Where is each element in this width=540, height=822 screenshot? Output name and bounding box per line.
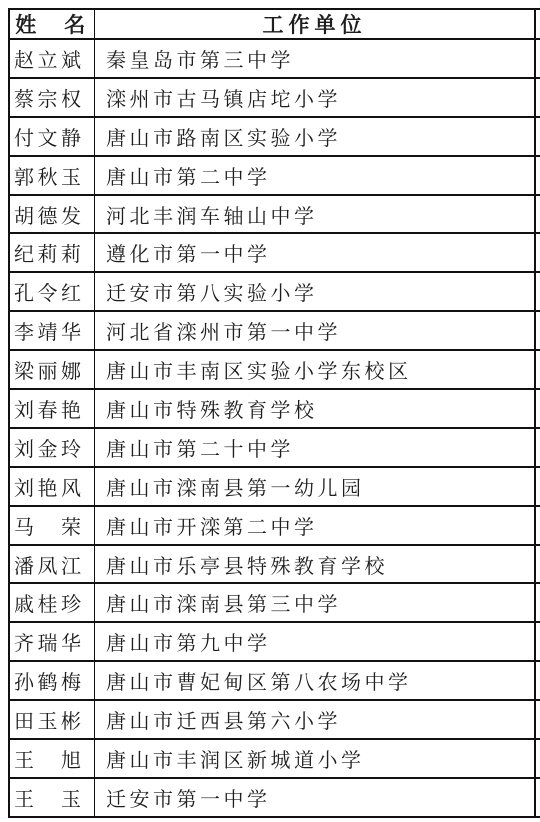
table-row: 田玉彬 唐山市迁西县第六小学 — [8, 701, 540, 740]
table-edge-stub — [536, 546, 540, 583]
table-row: 郭秋玉 唐山市第二中学 — [8, 157, 540, 196]
person-name: 赵立斌 — [14, 44, 85, 73]
person-name: 孔令红 — [14, 277, 85, 306]
name-cell: 刘金玲 — [8, 429, 95, 466]
work-unit: 唐山市路南区实验小学 — [106, 122, 341, 151]
table-edge-stub — [536, 118, 540, 155]
table-edge-stub — [536, 390, 540, 427]
work-unit: 迁安市第八实验小学 — [106, 277, 318, 306]
table-edge-stub — [536, 312, 540, 349]
work-unit: 遵化市第一中学 — [106, 238, 271, 267]
unit-cell: 唐山市第二十中学 — [95, 429, 536, 466]
work-unit: 唐山市乐亭县特殊教育学校 — [106, 550, 388, 579]
table-row: 赵立斌 秦皇岛市第三中学 — [8, 40, 540, 79]
table-header-row: 姓 名 工作单位 — [8, 8, 540, 40]
table-edge-stub — [536, 40, 540, 77]
work-unit: 唐山市特殊教育学校 — [106, 394, 318, 423]
work-unit: 滦州市古马镇店坨小学 — [106, 83, 341, 112]
person-name: 刘春艳 — [14, 394, 85, 423]
name-cell: 付文静 — [8, 118, 95, 155]
name-cell: 齐瑞华 — [8, 623, 95, 660]
table-edge-stub — [536, 701, 540, 738]
work-unit: 唐山市第九中学 — [106, 627, 271, 656]
table-edge-stub — [536, 740, 540, 777]
unit-cell: 唐山市滦南县第三中学 — [95, 584, 536, 621]
table-row: 蔡宗权 滦州市古马镇店坨小学 — [8, 79, 540, 118]
unit-cell: 唐山市迁西县第六小学 — [95, 701, 536, 738]
person-name: 付文静 — [14, 122, 85, 151]
unit-cell: 唐山市路南区实验小学 — [95, 118, 536, 155]
unit-cell: 迁安市第八实验小学 — [95, 273, 536, 310]
table-edge-stub — [536, 157, 540, 194]
table-edge-stub — [536, 273, 540, 310]
table-edge-stub — [536, 351, 540, 388]
table-row: 潘凤江 唐山市乐亭县特殊教育学校 — [8, 546, 540, 585]
work-unit: 秦皇岛市第三中学 — [106, 44, 294, 73]
person-name: 齐瑞华 — [14, 627, 85, 656]
name-cell: 戚桂珍 — [8, 584, 95, 621]
name-cell: 梁丽娜 — [8, 351, 95, 388]
name-cell: 蔡宗权 — [8, 79, 95, 116]
work-unit: 唐山市曹妃甸区第八农场中学 — [106, 666, 412, 695]
table-edge-stub — [536, 623, 540, 660]
unit-cell: 唐山市开滦第二中学 — [95, 507, 536, 544]
name-cell: 刘春艳 — [8, 390, 95, 427]
unit-cell: 唐山市乐亭县特殊教育学校 — [95, 546, 536, 583]
name-cell: 刘艳风 — [8, 468, 95, 505]
header-unit-cell: 工作单位 — [95, 10, 536, 38]
person-name: 梁丽娜 — [14, 355, 85, 384]
table-row: 李靖华 河北省滦州市第一中学 — [8, 312, 540, 351]
work-unit: 唐山市丰润区新城道小学 — [106, 744, 365, 773]
name-cell: 马 荣 — [8, 507, 95, 544]
table-row: 齐瑞华 唐山市第九中学 — [8, 623, 540, 662]
unit-cell: 秦皇岛市第三中学 — [95, 40, 536, 77]
table-row: 王 旭 唐山市丰润区新城道小学 — [8, 740, 540, 779]
table-edge-stub — [536, 584, 540, 621]
unit-cell: 滦州市古马镇店坨小学 — [95, 79, 536, 116]
person-name: 蔡宗权 — [14, 83, 85, 112]
person-name: 马 荣 — [14, 511, 85, 540]
table-edge-stub — [536, 662, 540, 699]
document-page: 姓 名 工作单位 赵立斌 秦皇岛市第三中学 蔡宗权 滦州市古马镇店坨小学 付文静 — [0, 0, 540, 822]
table-row: 孔令红 迁安市第八实验小学 — [8, 273, 540, 312]
work-unit: 河北丰润车轴山中学 — [106, 200, 318, 229]
table-row: 胡德发 河北丰润车轴山中学 — [8, 196, 540, 235]
work-unit: 唐山市丰南区实验小学东校区 — [106, 355, 412, 384]
table-row: 马 荣 唐山市开滦第二中学 — [8, 507, 540, 546]
name-cell: 王 旭 — [8, 740, 95, 777]
table-row: 梁丽娜 唐山市丰南区实验小学东校区 — [8, 351, 540, 390]
person-name: 李靖华 — [14, 316, 85, 345]
person-name: 孙鹤梅 — [14, 666, 85, 695]
unit-cell: 唐山市第二中学 — [95, 157, 536, 194]
table-row: 戚桂珍 唐山市滦南县第三中学 — [8, 584, 540, 623]
table-row: 刘春艳 唐山市特殊教育学校 — [8, 390, 540, 429]
work-unit: 唐山市滦南县第三中学 — [106, 588, 341, 617]
person-name: 刘金玲 — [14, 433, 85, 462]
table-edge-stub — [536, 507, 540, 544]
person-name: 纪莉莉 — [14, 238, 85, 267]
name-cell: 王 玉 — [8, 779, 95, 816]
unit-cell: 河北省滦州市第一中学 — [95, 312, 536, 349]
person-name: 王 旭 — [14, 744, 85, 773]
table-row: 刘金玲 唐山市第二十中学 — [8, 429, 540, 468]
name-cell: 赵立斌 — [8, 40, 95, 77]
name-cell: 孙鹤梅 — [8, 662, 95, 699]
work-unit: 河北省滦州市第一中学 — [106, 316, 341, 345]
person-name: 田玉彬 — [14, 705, 85, 734]
table-row: 王 玉 迁安市第一中学 — [8, 779, 540, 818]
table-edge-stub — [536, 468, 540, 505]
table-edge-stub — [536, 196, 540, 233]
unit-cell: 唐山市丰南区实验小学东校区 — [95, 351, 536, 388]
unit-cell: 唐山市滦南县第一幼儿园 — [95, 468, 536, 505]
unit-cell: 唐山市曹妃甸区第八农场中学 — [95, 662, 536, 699]
work-unit: 唐山市开滦第二中学 — [106, 511, 318, 540]
table-row: 纪莉莉 遵化市第一中学 — [8, 234, 540, 273]
name-cell: 田玉彬 — [8, 701, 95, 738]
name-cell: 纪莉莉 — [8, 234, 95, 271]
header-name-label: 姓 名 — [15, 10, 89, 38]
work-unit: 唐山市迁西县第六小学 — [106, 705, 341, 734]
table-row: 刘艳风 唐山市滦南县第一幼儿园 — [8, 468, 540, 507]
table-edge-stub — [536, 429, 540, 466]
name-cell: 郭秋玉 — [8, 157, 95, 194]
unit-cell: 唐山市特殊教育学校 — [95, 390, 536, 427]
unit-cell: 唐山市第九中学 — [95, 623, 536, 660]
person-name: 刘艳风 — [14, 472, 85, 501]
table-row: 付文静 唐山市路南区实验小学 — [8, 118, 540, 157]
work-unit: 唐山市第二十中学 — [106, 433, 294, 462]
work-unit: 迁安市第一中学 — [106, 783, 271, 812]
unit-cell: 唐山市丰润区新城道小学 — [95, 740, 536, 777]
table-edge-stub — [536, 234, 540, 271]
unit-cell: 遵化市第一中学 — [95, 234, 536, 271]
person-name: 王 玉 — [14, 783, 85, 812]
person-name: 戚桂珍 — [14, 588, 85, 617]
person-name: 郭秋玉 — [14, 161, 85, 190]
work-unit: 唐山市第二中学 — [106, 161, 271, 190]
person-name: 潘凤江 — [14, 550, 85, 579]
roster-table: 姓 名 工作单位 赵立斌 秦皇岛市第三中学 蔡宗权 滦州市古马镇店坨小学 付文静 — [8, 8, 540, 818]
person-name: 胡德发 — [14, 200, 85, 229]
unit-cell: 河北丰润车轴山中学 — [95, 196, 536, 233]
table-edge-stub — [536, 779, 540, 816]
work-unit: 唐山市滦南县第一幼儿园 — [106, 472, 365, 501]
name-cell: 胡德发 — [8, 196, 95, 233]
table-row: 孙鹤梅 唐山市曹妃甸区第八农场中学 — [8, 662, 540, 701]
unit-cell: 迁安市第一中学 — [95, 779, 536, 816]
name-cell: 潘凤江 — [8, 546, 95, 583]
name-cell: 孔令红 — [8, 273, 95, 310]
name-cell: 李靖华 — [8, 312, 95, 349]
table-edge-stub — [536, 10, 540, 38]
header-unit-label: 工作单位 — [263, 10, 367, 38]
table-edge-stub — [536, 79, 540, 116]
header-name-cell: 姓 名 — [8, 10, 95, 38]
